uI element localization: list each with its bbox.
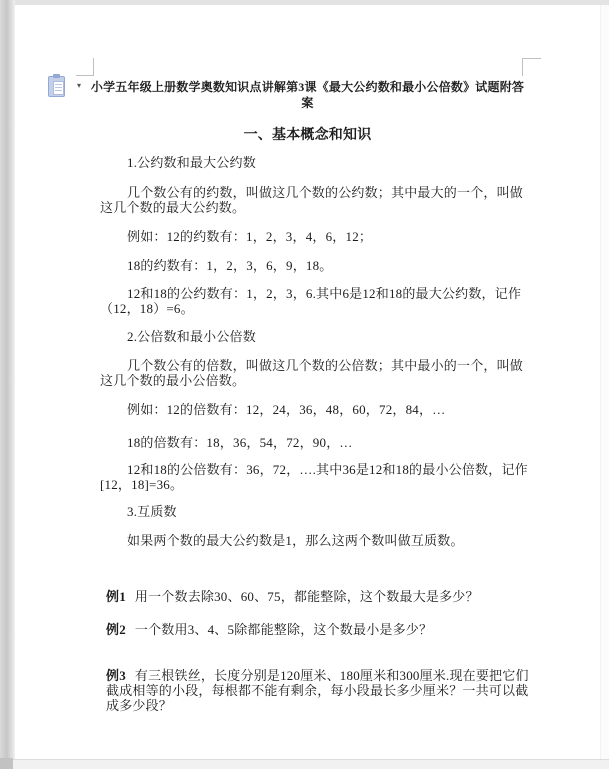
paragraph-common-divisors: 12和18的公约数有：1，2，3，6.其中6是12和18的最大公约数，记作（12… bbox=[100, 286, 528, 316]
section-heading: 一、基本概念和知识 bbox=[85, 128, 530, 143]
example-1: 例1用一个数去除30、60、75，都能整除，这个数最大是多少？ bbox=[100, 589, 538, 604]
example-2: 例2一个数用3、4、5除都能整除，这个数最小是多少？ bbox=[100, 622, 538, 637]
page-right-margin-shade bbox=[600, 5, 609, 759]
clipboard-paste-icon bbox=[48, 76, 65, 97]
horizontal-scrollbar[interactable] bbox=[0, 759, 609, 769]
example-3-text: 有三根铁丝，长度分别是120厘米、180厘米和300厘米.现在要把它们截成相等的… bbox=[106, 668, 529, 713]
paragraph-subheading-gcd: 1.公约数和最大公约数 bbox=[100, 155, 528, 170]
paragraph-subheading-coprime: 3.互质数 bbox=[100, 504, 528, 519]
paste-options-button[interactable]: ▾ bbox=[46, 74, 82, 98]
word-processor-window: ▾ 小学五年级上册数学奥数知识点讲解第3课《最大公约数和最小公倍数》试题附答案 … bbox=[0, 0, 609, 769]
paragraph-lcm-definition: 几个数公有的倍数，叫做这几个数的公倍数；其中最小的一个，叫做这几个数的最小公倍数… bbox=[100, 358, 528, 388]
window-left-edge bbox=[0, 0, 15, 769]
text-boundary-mark-right bbox=[522, 58, 541, 76]
scrollbar-corner bbox=[0, 758, 13, 769]
example-1-text: 用一个数去除30、60、75，都能整除，这个数最大是多少？ bbox=[135, 589, 479, 604]
document-title: 小学五年级上册数学奥数知识点讲解第3课《最大公约数和最小公倍数》试题附答案 bbox=[85, 79, 530, 111]
paragraph-common-multiples: 12和18的公倍数有：36，72，….其中36是12和18的最小公倍数，记作[1… bbox=[100, 462, 528, 492]
window-top-edge bbox=[0, 0, 609, 5]
paragraph-coprime-definition: 如果两个数的最大公约数是1，那么这两个数叫做互质数。 bbox=[100, 533, 528, 548]
paragraph-divisors-of-18: 18的约数有：1，2，3，6，9，18。 bbox=[100, 258, 528, 273]
example-2-text: 一个数用3、4、5除都能整除，这个数最小是多少？ bbox=[135, 622, 432, 637]
paragraph-gcd-definition: 几个数公有的约数，叫做这几个数的公约数；其中最大的一个，叫做这几个数的最大公约数… bbox=[100, 185, 528, 215]
example-3-label: 例3 bbox=[106, 668, 126, 683]
paragraph-multiples-of-12: 例如：12的倍数有：12，24，36，48，60，72，84，… bbox=[100, 402, 528, 417]
paragraph-subheading-lcm: 2.公倍数和最小公倍数 bbox=[100, 329, 528, 344]
chevron-down-icon[interactable]: ▾ bbox=[77, 81, 81, 90]
example-2-label: 例2 bbox=[106, 622, 126, 637]
paragraph-divisors-of-12: 例如：12的约数有：1，2，3，4，6，12； bbox=[100, 229, 528, 244]
example-3: 例3有三根铁丝，长度分别是120厘米、180厘米和300厘米.现在要把它们截成相… bbox=[100, 668, 538, 713]
paragraph-multiples-of-18: 18的倍数有：18，36，54，72，90，… bbox=[100, 435, 528, 450]
example-1-label: 例1 bbox=[106, 589, 126, 604]
